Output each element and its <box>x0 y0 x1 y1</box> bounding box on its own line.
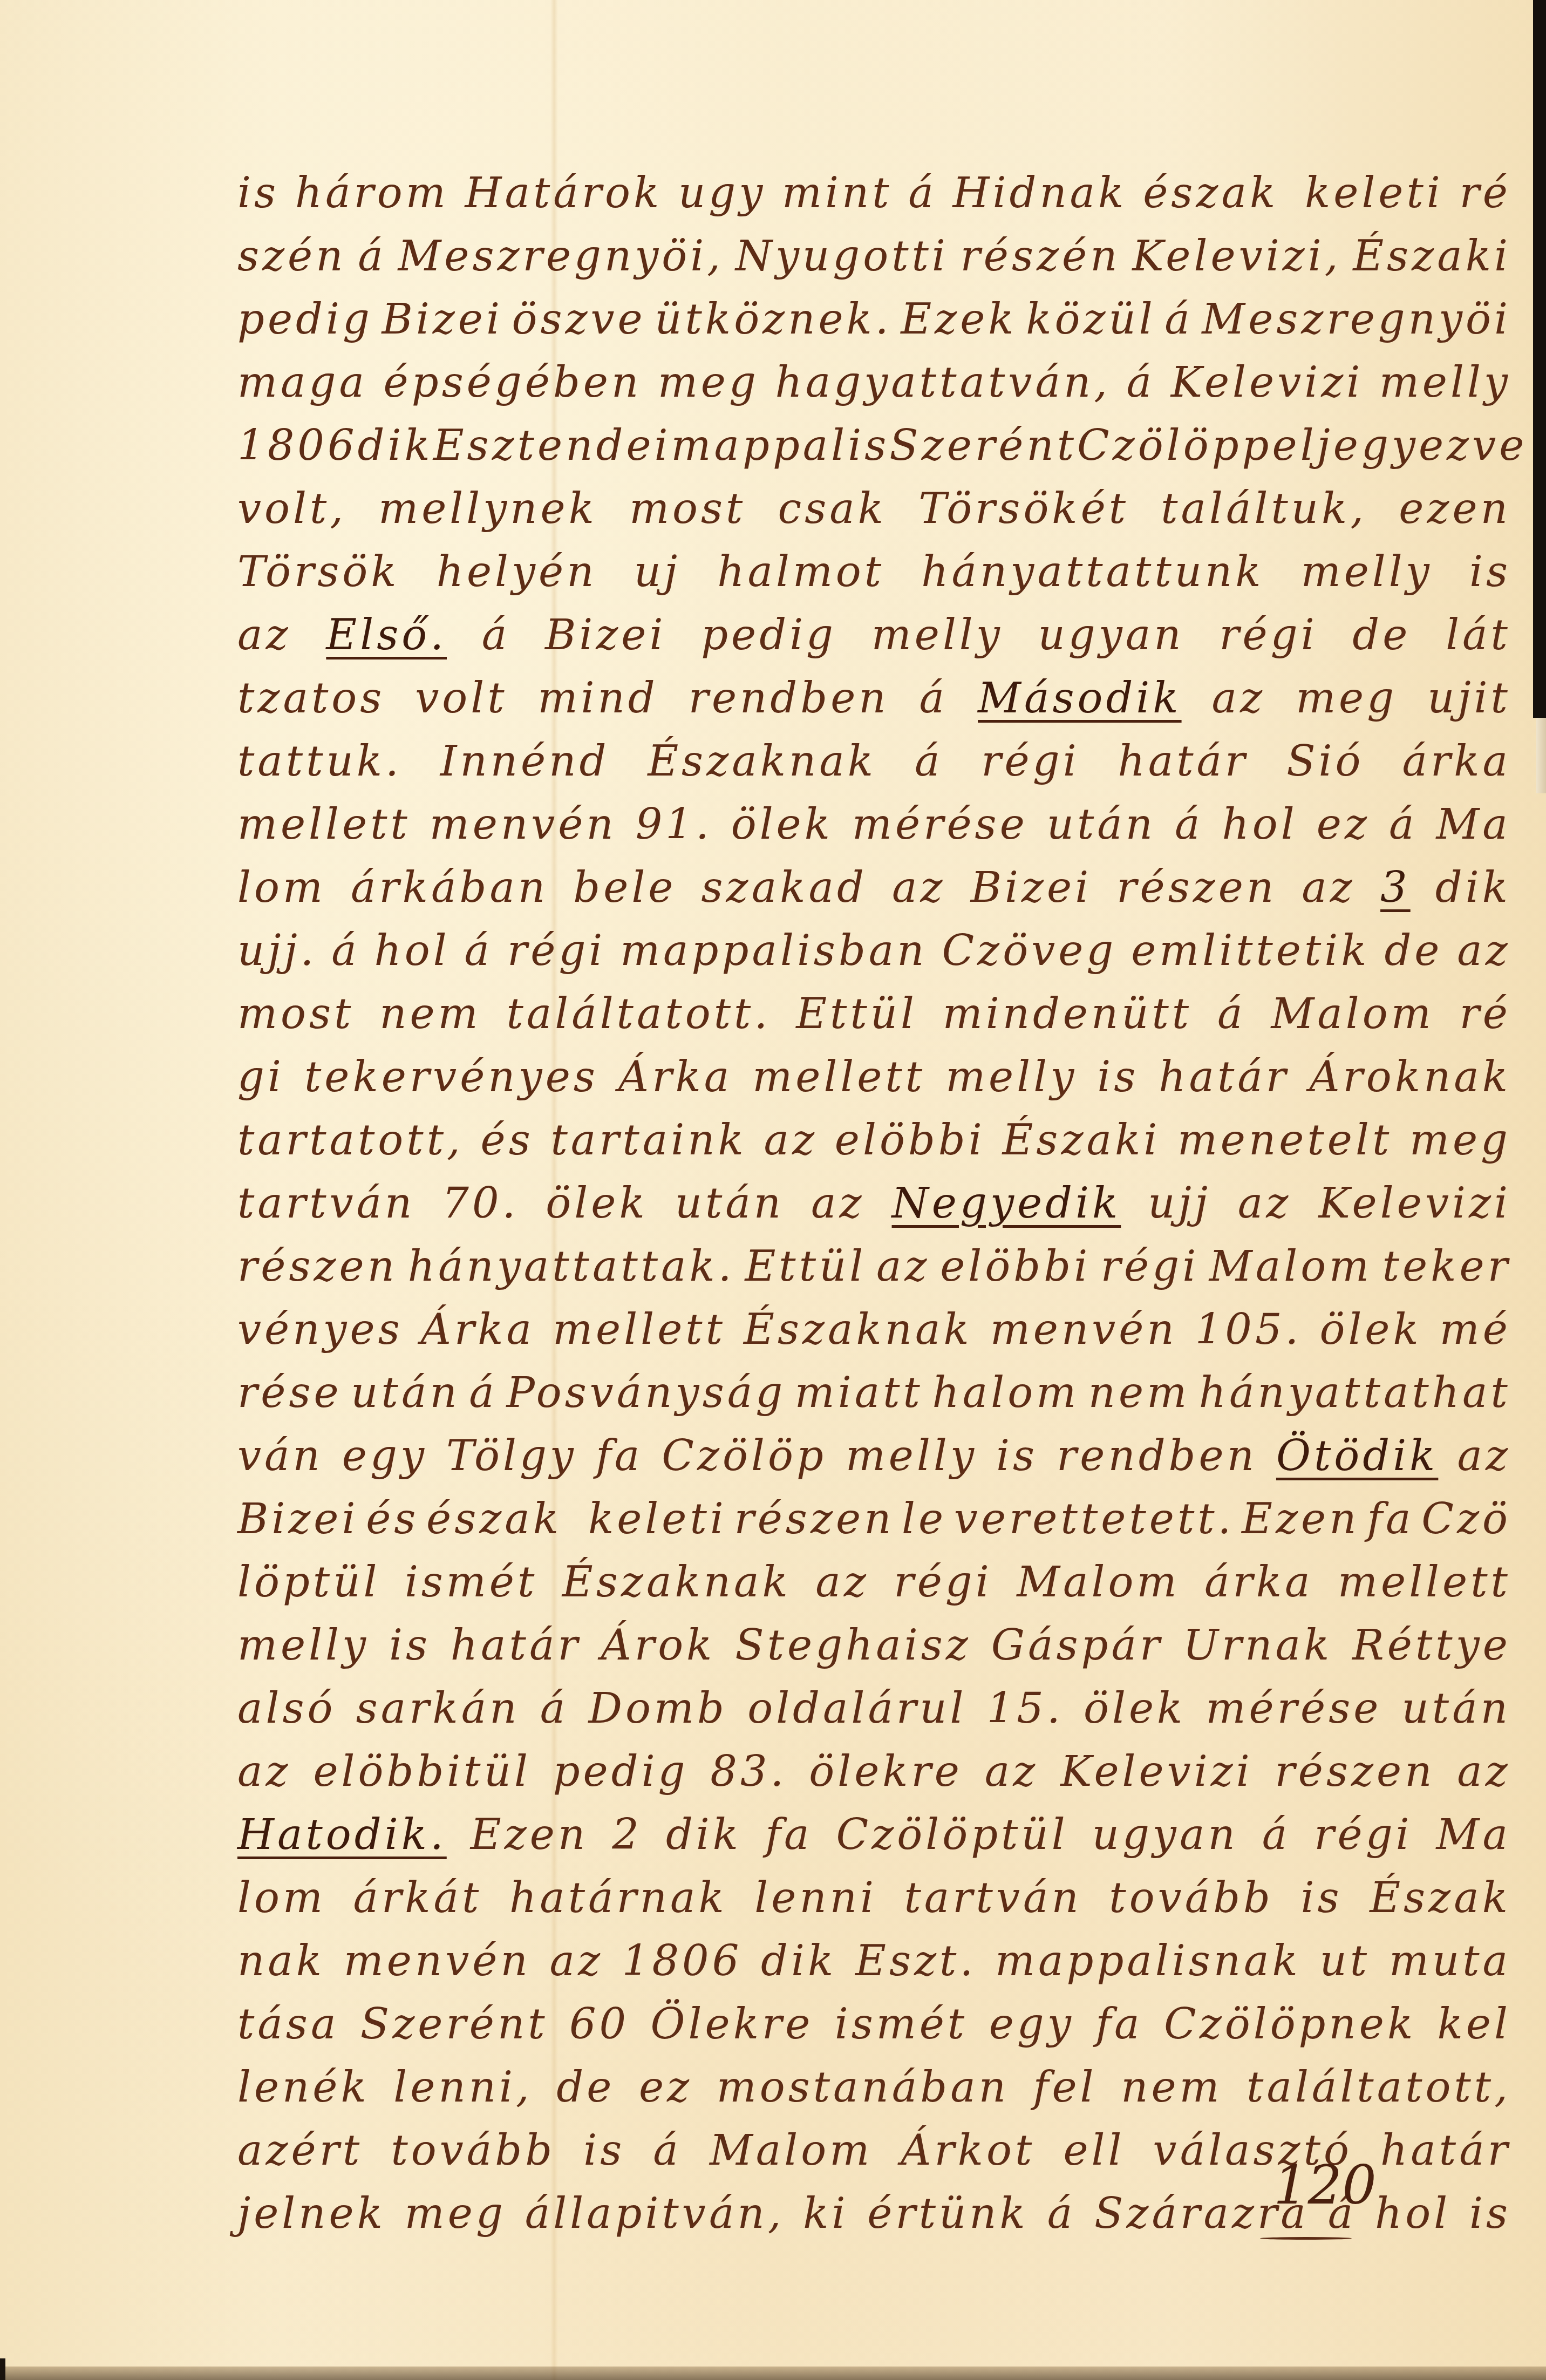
word: mellett <box>1338 1551 1511 1614</box>
handwritten-text-block: isháromHatárokugymintáHidnakészak keleti… <box>237 162 1511 2246</box>
word: volt, <box>237 478 346 541</box>
word: tartaink <box>550 1109 746 1172</box>
word: mellett <box>553 1298 726 1362</box>
word: Meszregnyöi, <box>398 225 724 288</box>
word: az <box>237 1740 291 1804</box>
word: löptül <box>237 1551 380 1614</box>
word: nak <box>237 1930 325 1993</box>
word: Ma <box>1436 1804 1511 1867</box>
word: menetelt <box>1177 1109 1392 1172</box>
word: után <box>1047 793 1156 856</box>
word: Árok <box>601 1614 716 1677</box>
word: tekervényes <box>304 1046 598 1109</box>
word: Ezek <box>901 288 1017 351</box>
underlined-word: Negyedik <box>892 1172 1121 1235</box>
word: ölek <box>1084 1677 1186 1740</box>
word: Bizei <box>545 604 666 667</box>
word: ütköznek. <box>655 288 891 351</box>
underlined-word: Hatodik. <box>237 1804 447 1867</box>
word: régi <box>1314 1804 1412 1867</box>
word: uj <box>634 541 680 604</box>
word: Czölöppel <box>1077 414 1317 478</box>
text-line: lomárkáthatárnaklennitartvántovábbisÉsza… <box>237 1867 1511 1930</box>
word: mappalis <box>671 414 890 478</box>
word: ezen <box>1399 478 1511 541</box>
word: Ettül <box>745 1235 866 1298</box>
word: alsó <box>237 1677 336 1740</box>
word: egy <box>342 1425 427 1488</box>
word: bele <box>573 856 676 920</box>
word: tzatos <box>237 667 385 730</box>
word: Meszregnyöi <box>1202 288 1511 351</box>
word: menvén <box>990 1298 1177 1362</box>
word: árka <box>1402 730 1511 793</box>
word: most <box>629 478 746 541</box>
dark-edge-strip <box>1533 0 1546 718</box>
word: az <box>1457 920 1511 983</box>
word: mappalisban <box>620 920 927 983</box>
word: után <box>675 1172 784 1235</box>
word: is <box>1469 2182 1511 2246</box>
word: tartván <box>237 1172 415 1235</box>
word: maga <box>237 351 367 414</box>
word: Sió <box>1286 730 1364 793</box>
text-line: tattuk.InnéndÉszaknakárégihatárSióárka <box>237 730 1511 793</box>
word: meg <box>658 351 759 414</box>
word: Malom <box>1209 1235 1372 1298</box>
word: Urnak <box>1183 1614 1332 1677</box>
word: mellett <box>237 793 411 856</box>
word: kel <box>1438 1993 1511 2056</box>
word: találtatott. <box>506 983 771 1046</box>
word: á <box>1164 288 1193 351</box>
word: régi <box>1101 1235 1199 1298</box>
word: után <box>1402 1677 1511 1740</box>
word: az <box>1457 1740 1511 1804</box>
word: á <box>1127 351 1155 414</box>
word: az <box>1238 1172 1292 1235</box>
word: mind <box>538 667 658 730</box>
word: is <box>1097 1046 1139 1109</box>
word: részen <box>237 1235 398 1298</box>
word: Innénd <box>440 730 610 793</box>
word: melly <box>945 1046 1077 1109</box>
word: tása <box>237 1993 339 2056</box>
manuscript-page: isháromHatárokugymintáHidnakészak keleti… <box>0 0 1546 2380</box>
text-line: ujj.áholárégimappalisbanCzövegemlittetik… <box>237 920 1511 983</box>
word: á <box>1217 983 1246 1046</box>
word: fa <box>596 1425 643 1488</box>
word: mellett <box>752 1046 925 1109</box>
word: dik <box>761 1930 836 1993</box>
word: azért <box>237 2119 363 2182</box>
text-line: Bizeiésészak keletirészenleverettetett.E… <box>237 1488 1511 1551</box>
text-line: azElső.áBizeipedigmellyugyanrégidelát <box>237 604 1511 667</box>
word: á <box>465 920 493 983</box>
text-line: volt,mellynekmostcsakTörsökéttaláltuk,ez… <box>237 478 1511 541</box>
word: lom <box>237 856 326 920</box>
word: 91. <box>636 793 712 856</box>
word: határnak <box>509 1867 727 1930</box>
word: ell <box>1063 2119 1125 2182</box>
word: Bizei <box>237 1488 358 1551</box>
word: 70. <box>442 1172 519 1235</box>
word: is <box>1301 1867 1343 1930</box>
text-line: tzatosvoltmindrendbenáMásodikazmegujit <box>237 667 1511 730</box>
word: az <box>764 1109 818 1172</box>
word: az <box>892 856 946 920</box>
word: le <box>902 1488 946 1551</box>
word: vényes <box>237 1298 403 1362</box>
word: Északnak <box>648 730 876 793</box>
text-line: nakmenvénaz1806dikEszt.mappalisnakutmuta <box>237 1930 1511 1993</box>
word: ugyan <box>1038 604 1184 667</box>
word: az <box>876 1235 930 1298</box>
word: Ezen <box>1242 1488 1359 1551</box>
word: Bizei <box>971 856 1092 920</box>
word: jegyezve <box>1317 414 1528 478</box>
word: Szerént <box>889 414 1077 478</box>
word: régi <box>1219 604 1317 667</box>
word: ölek <box>546 1172 648 1235</box>
word: elöbbi <box>940 1235 1091 1298</box>
word: ut <box>1320 1930 1371 1993</box>
word: szakad <box>702 856 867 920</box>
text-line: alsósarkánáDomboldalárul15.ölekméréseutá… <box>237 1677 1511 1740</box>
word: mellynek <box>378 478 597 541</box>
word: tattuk. <box>237 730 402 793</box>
word: régi <box>894 1551 992 1614</box>
word: sarkán <box>356 1677 520 1740</box>
word: állapitván, <box>525 2182 785 2246</box>
word: lát <box>1446 604 1511 667</box>
word: észak keleti <box>1143 162 1443 225</box>
word: hol <box>1222 793 1298 856</box>
word: melly <box>871 604 1003 667</box>
word: mint <box>782 162 893 225</box>
word: Domb <box>589 1677 727 1740</box>
word: 2 <box>612 1804 642 1867</box>
word: tovább <box>391 2119 555 2182</box>
word: Árkot <box>901 2119 1035 2182</box>
word: tovább <box>1109 1867 1273 1930</box>
word: ismét <box>835 1993 968 2056</box>
word: közül <box>1026 288 1156 351</box>
text-line: gitekervényesÁrkamellettmellyishatárÁrok… <box>237 1046 1511 1109</box>
word: rése <box>237 1362 342 1425</box>
word: dik <box>358 414 433 478</box>
word: á <box>469 1362 498 1425</box>
text-line: vánegyTölgyfaCzölöpmellyisrendbenÖtödika… <box>237 1425 1511 1488</box>
word: ujj <box>1148 1172 1211 1235</box>
word: menvén <box>430 793 617 856</box>
word: ki <box>803 2182 848 2246</box>
word: észak keleti <box>426 1488 727 1551</box>
word: dik <box>666 1804 741 1867</box>
text-line: pedigBizeiöszveütköznek.EzekközüláMeszre… <box>237 288 1511 351</box>
word: régi <box>507 920 605 983</box>
word: lom <box>237 1867 326 1930</box>
word: ujj. <box>237 920 317 983</box>
word: melly <box>1379 351 1511 414</box>
word: pedig <box>553 1740 689 1804</box>
text-line: Törsökhelyénujhalmothányattattunkmellyis <box>237 541 1511 604</box>
word: miatt <box>795 1362 923 1425</box>
word: á <box>1262 1804 1291 1867</box>
word: és <box>480 1109 533 1172</box>
word: értünk <box>867 2182 1029 2246</box>
word: Ölekre <box>651 1993 814 2056</box>
word: gi <box>237 1046 284 1109</box>
word: á <box>1389 793 1418 856</box>
word: elöbbitül <box>313 1740 530 1804</box>
word: oldalárul <box>747 1677 966 1740</box>
word: Bizei <box>382 288 502 351</box>
word: szén <box>237 225 346 288</box>
word: Posványság <box>506 1362 786 1425</box>
word: nem <box>1088 1362 1190 1425</box>
word: halmot <box>717 541 884 604</box>
word: lenni, <box>393 2056 532 2119</box>
word: árka <box>1204 1551 1313 1614</box>
word: ré <box>1460 162 1511 225</box>
text-line: magaépségébenmeghagyattatván,áKelevizime… <box>237 351 1511 414</box>
word: hányattattak. <box>408 1235 735 1298</box>
word: hol <box>374 920 450 983</box>
word: Czölöptül <box>836 1804 1068 1867</box>
word: á <box>331 920 360 983</box>
word: az <box>985 1740 1039 1804</box>
word: Ezen <box>471 1804 588 1867</box>
word: Czölöpnek <box>1164 1993 1416 2056</box>
page-number-underline <box>1260 2237 1352 2240</box>
bottom-left-edge <box>0 2358 5 2380</box>
word: Ettül <box>796 983 917 1046</box>
word: ölekre <box>809 1740 963 1804</box>
word: hányattathat <box>1199 1362 1511 1425</box>
word: Árka <box>618 1046 732 1109</box>
word: hagyattatván, <box>775 351 1111 414</box>
word: pedig <box>237 288 373 351</box>
word: Észak <box>1370 1867 1511 1930</box>
underlined-word: Ötödik <box>1276 1425 1438 1488</box>
word: Malom <box>1017 1551 1180 1614</box>
word: 60 <box>569 1993 629 2056</box>
word: de <box>1384 920 1442 983</box>
word: á <box>1175 793 1203 856</box>
word: hányattattunk <box>921 541 1264 604</box>
word: is <box>389 1614 431 1677</box>
page-number: 120 <box>1273 2153 1377 2216</box>
word: meg <box>1296 667 1397 730</box>
text-line: vényesÁrkamellettÉszaknakmenvén105.ölekm… <box>237 1298 1511 1362</box>
text-line: 1806dikEsztendeimappalisSzeréntCzölöppel… <box>237 414 1511 478</box>
word: fa <box>1367 1488 1414 1551</box>
word: de <box>556 2056 615 2119</box>
word: ismét <box>405 1551 537 1614</box>
word: mostanában <box>717 2056 1009 2119</box>
word: fel <box>1033 2056 1097 2119</box>
word: mérése <box>1206 1677 1382 1740</box>
word: 83. <box>710 1740 787 1804</box>
torn-edge <box>1536 718 1546 793</box>
word: helyén <box>437 541 597 604</box>
word: de <box>1352 604 1411 667</box>
word: lenék <box>237 2056 370 2119</box>
word: á <box>908 162 937 225</box>
word: menvén <box>344 1930 531 1993</box>
word: Ároknak <box>1309 1046 1511 1109</box>
word: mérése <box>852 793 1028 856</box>
word: Törsök <box>237 541 399 604</box>
text-line: isháromHatárokugymintáHidnakészak keleti… <box>237 162 1511 225</box>
word: Esztendei <box>433 414 671 478</box>
word: Ma <box>1436 793 1510 856</box>
word: ez <box>639 2056 692 2119</box>
word: Északnak <box>744 1298 972 1362</box>
word: Szerént <box>360 1993 548 2056</box>
word: rendben <box>1057 1425 1257 1488</box>
word: Czölöp <box>662 1425 827 1488</box>
word: Északi <box>1002 1109 1160 1172</box>
word: határ <box>1380 2119 1511 2182</box>
word: az <box>811 1172 865 1235</box>
word: határ <box>451 1614 581 1677</box>
word: az <box>1457 1425 1511 1488</box>
word: találtatott, <box>1247 2056 1511 2119</box>
word: ugyan <box>1092 1804 1238 1867</box>
word: melly <box>1301 541 1433 604</box>
word: részen <box>734 1488 894 1551</box>
word: mappalisnak <box>995 1930 1301 1993</box>
word: á <box>653 2119 682 2182</box>
word: ré <box>1460 983 1511 1046</box>
text-line: mellettmenvén91.ölekméréseutánáholezáMa <box>237 793 1511 856</box>
word: lenni <box>754 1867 877 1930</box>
word: melly <box>846 1425 977 1488</box>
word: árkát <box>353 1867 482 1930</box>
word: Törsökét <box>918 478 1129 541</box>
underlined-word: Második <box>978 667 1182 730</box>
word: á <box>1047 2182 1076 2246</box>
text-line: tartatott,éstartainkazelöbbiÉszakimenete… <box>237 1109 1511 1172</box>
word: jelnek <box>237 2182 386 2246</box>
word: fa <box>1095 1993 1142 2056</box>
word: öszve <box>512 288 645 351</box>
bottom-edge-shadow <box>0 2367 1546 2380</box>
word: árkában <box>351 856 548 920</box>
word: 105. <box>1195 1298 1302 1362</box>
word: nem <box>1121 2056 1222 2119</box>
word: rendben <box>689 667 889 730</box>
word: teker <box>1382 1235 1511 1298</box>
word: á <box>482 604 510 667</box>
word: elöbbi <box>835 1109 985 1172</box>
word: Czö <box>1421 1488 1511 1551</box>
word: is <box>1469 541 1511 604</box>
word: á <box>915 730 943 793</box>
text-line: szénáMeszregnyöi,NyugottirészénKelevizi,… <box>237 225 1511 288</box>
word: ez <box>1317 793 1370 856</box>
word: Határok <box>465 162 662 225</box>
word: verettetett. <box>954 1488 1235 1551</box>
word: á <box>920 667 948 730</box>
word: az <box>237 604 291 667</box>
text-line: lomárkábanbeleszakadazBizeirészenaz3dik <box>237 856 1511 920</box>
word: fa <box>765 1804 812 1867</box>
word: Czöveg <box>942 920 1116 983</box>
word: Északnak <box>562 1551 791 1614</box>
word: Árka <box>421 1298 535 1362</box>
word: tartatott, <box>237 1109 464 1172</box>
text-line: tartván70.ölekutánazNegyedikujjazKeleviz… <box>237 1172 1511 1235</box>
word: az <box>815 1551 869 1614</box>
word: csak <box>778 478 887 541</box>
word: ölek <box>1319 1298 1421 1362</box>
word: részen <box>1116 856 1277 920</box>
word: melly <box>237 1614 369 1677</box>
word: halom <box>932 1362 1080 1425</box>
word: Hidnak <box>952 162 1127 225</box>
word: után <box>351 1362 460 1425</box>
word: ván <box>237 1425 323 1488</box>
word: most <box>237 983 354 1046</box>
text-line: mellyishatárÁrokSteghaiszGáspárUrnakRétt… <box>237 1614 1511 1677</box>
word: régi <box>981 730 1079 793</box>
text-line: Hatodik.Ezen2dikfaCzölöptülugyanárégiMa <box>237 1804 1511 1867</box>
word: Kelevizi, <box>1132 225 1341 288</box>
text-line: mostnemtaláltatott.EttülmindenüttáMalomr… <box>237 983 1511 1046</box>
word: nem <box>379 983 481 1046</box>
word: tartván <box>904 1867 1081 1930</box>
word: három <box>295 162 449 225</box>
text-line: tásaSzerént60ÖlekreismétegyfaCzölöpnekke… <box>237 1993 1511 2056</box>
word: Réttye <box>1352 1614 1511 1677</box>
word: Kelevizi <box>1318 1172 1511 1235</box>
word: is <box>237 162 279 225</box>
word: Gáspár <box>991 1614 1163 1677</box>
word: ölek <box>731 793 833 856</box>
text-line: részenhányattattak.EttülazelöbbirégiMalo… <box>237 1235 1511 1298</box>
word: az <box>1212 667 1266 730</box>
word: az <box>549 1930 603 1993</box>
word: 1806 <box>237 414 358 478</box>
text-line: lenéklenni,deezmostanábanfelnemtaláltato… <box>237 2056 1511 2119</box>
word: emlittetik <box>1131 920 1370 983</box>
underlined-word: Első. <box>326 604 447 667</box>
word: á <box>540 1677 569 1740</box>
text-line: réseutánáPosványságmiatthalomnemhányatta… <box>237 1362 1511 1425</box>
word: is <box>996 1425 1038 1488</box>
word: Kelevizi <box>1171 351 1364 414</box>
word: Nyugotti <box>735 225 949 288</box>
word: Kelevizi <box>1060 1740 1253 1804</box>
word: 1806 <box>622 1930 743 1993</box>
word: találtuk, <box>1161 478 1367 541</box>
word: Északi <box>1353 225 1511 288</box>
word: mindenütt <box>943 983 1192 1046</box>
word: meg <box>1409 1109 1511 1172</box>
word: határ <box>1159 1046 1289 1109</box>
word: Steghaisz <box>735 1614 971 1677</box>
word: az <box>1302 856 1356 920</box>
word: meg <box>405 2182 506 2246</box>
word: részen <box>1275 1740 1435 1804</box>
word: ujit <box>1427 667 1511 730</box>
word: dik <box>1435 856 1511 920</box>
word: határ <box>1118 730 1248 793</box>
word: részén <box>960 225 1120 288</box>
